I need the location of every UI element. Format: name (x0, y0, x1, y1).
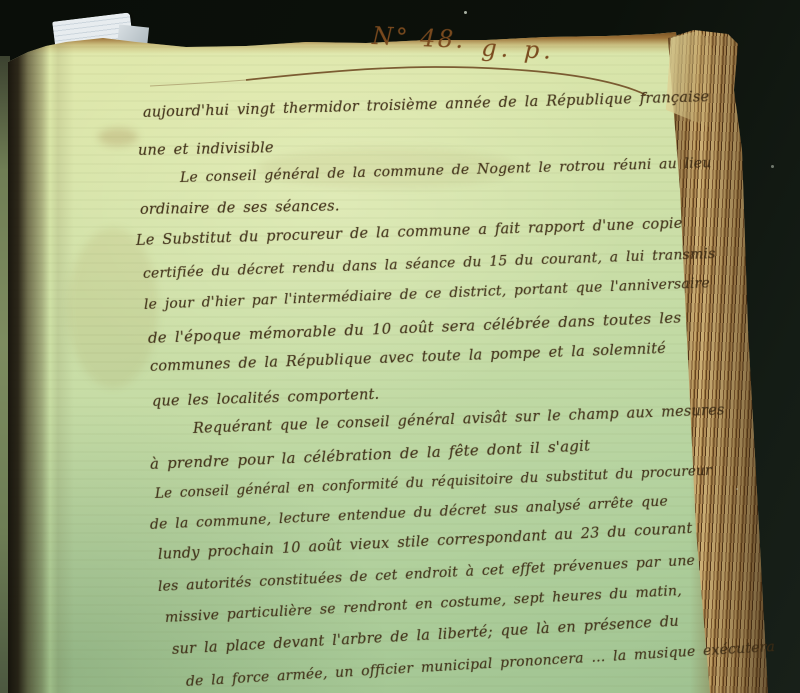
ink-smudge (98, 128, 138, 146)
dust-speck (464, 11, 467, 14)
dust-speck (736, 488, 738, 490)
gutter-shadow (8, 28, 74, 693)
manuscript-photo: N° 48.g. p. aujourd'hui vingt thermidor … (0, 0, 800, 693)
dust-speck (771, 165, 774, 168)
manuscript-line: une et indivisible (138, 140, 274, 159)
